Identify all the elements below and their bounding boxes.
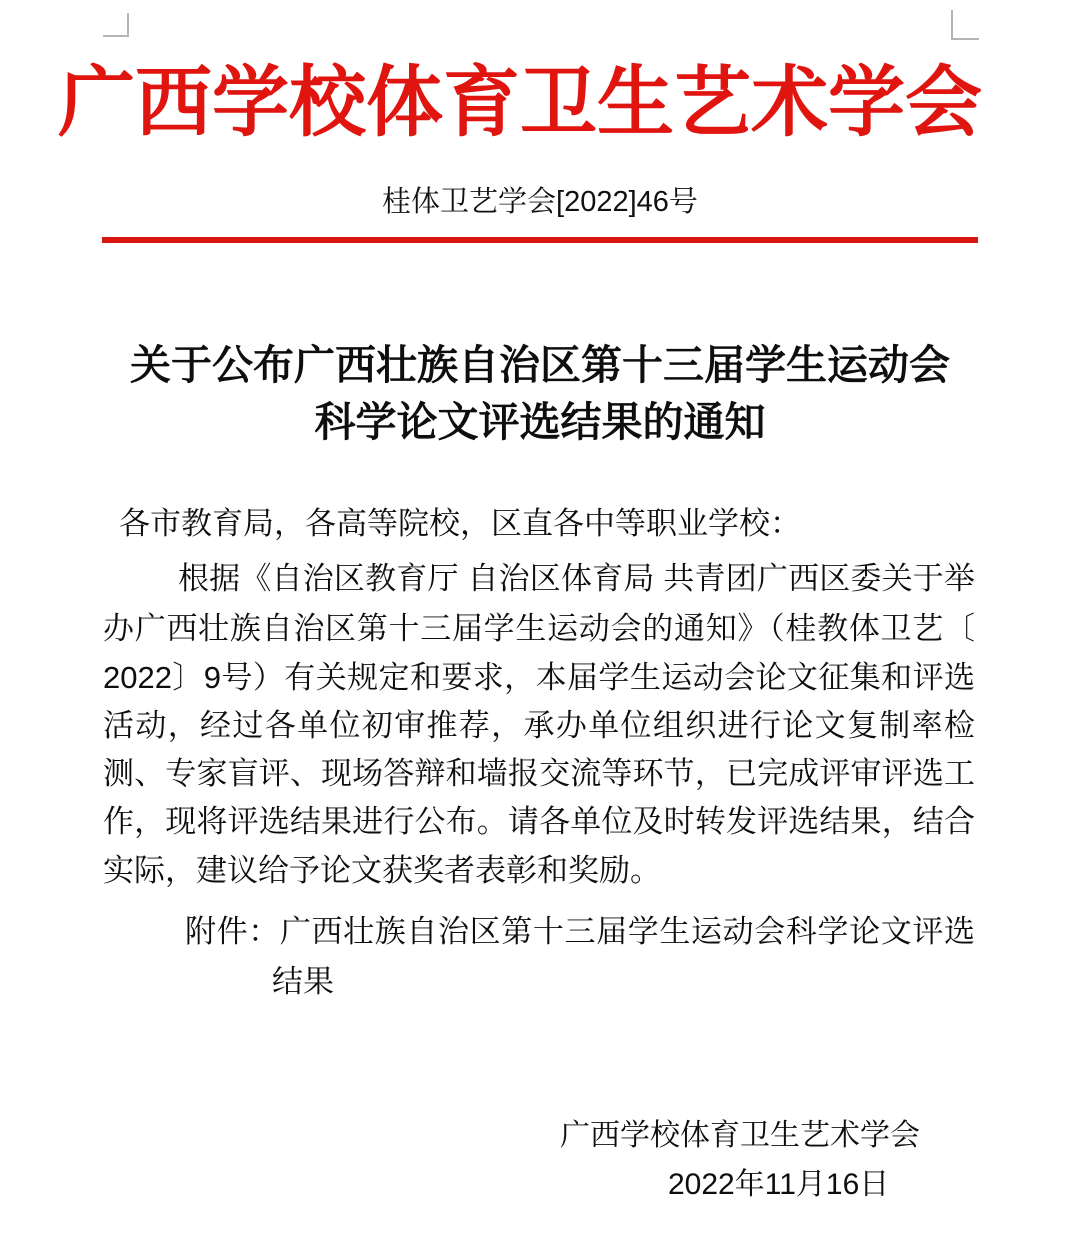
body-text-line: 作，现将评选结果进行公布。请各单位及时转发评选结果，结合 [103,802,975,844]
attachment-line: 附件：广西壮族自治区第十三届学生运动会科学论文评选 [185,912,975,954]
attachment-line-cont: 结果 [272,962,334,1004]
signature-date: 2022年11月16日 [668,1168,889,1202]
body-text-line: 2022〕9号）有关规定和要求，本届学生运动会论文征集和评选 [103,658,975,700]
notice-document-page: 广西学校体育卫生艺术学会 桂体卫艺学会[2022]46号 关于公布广西壮族自治区… [0,0,1080,1245]
crop-mark-top-left-icon [103,13,129,37]
notice-title-line-1: 关于公布广西壮族自治区第十三届学生运动会 [0,337,1080,394]
body-text-line: 测、专家盲评、现场答辩和墙报交流等环节，已完成评审评选工 [103,754,975,796]
body-text-line: 实际，建议给予论文获奖者表彰和奖励。 [103,851,661,893]
body-text-line: 根据《自治区教育厅 自治区体育局 共青团广西区委关于举 [178,559,975,601]
signature-organization: 广西学校体育卫生艺术学会 [560,1119,920,1153]
notice-title-line-2: 科学论文评选结果的通知 [0,394,1080,451]
letterhead-title: 广西学校体育卫生艺术学会 [0,62,1040,144]
crop-mark-top-right-icon [951,10,979,40]
notice-title: 关于公布广西壮族自治区第十三届学生运动会 科学论文评选结果的通知 [0,337,1080,451]
body-text-line: 办广西壮族自治区第十三届学生运动会的通知》（桂教体卫艺〔 [103,609,975,651]
body-text-line: 活动，经过各单位初审推荐，承办单位组织进行论文复制率检 [103,706,975,748]
red-separator-line [102,237,978,243]
document-number: 桂体卫艺学会[2022]46号 [0,186,1080,218]
salutation-line: 各市教育局，各高等院校，区直各中等职业学校： [119,504,801,546]
